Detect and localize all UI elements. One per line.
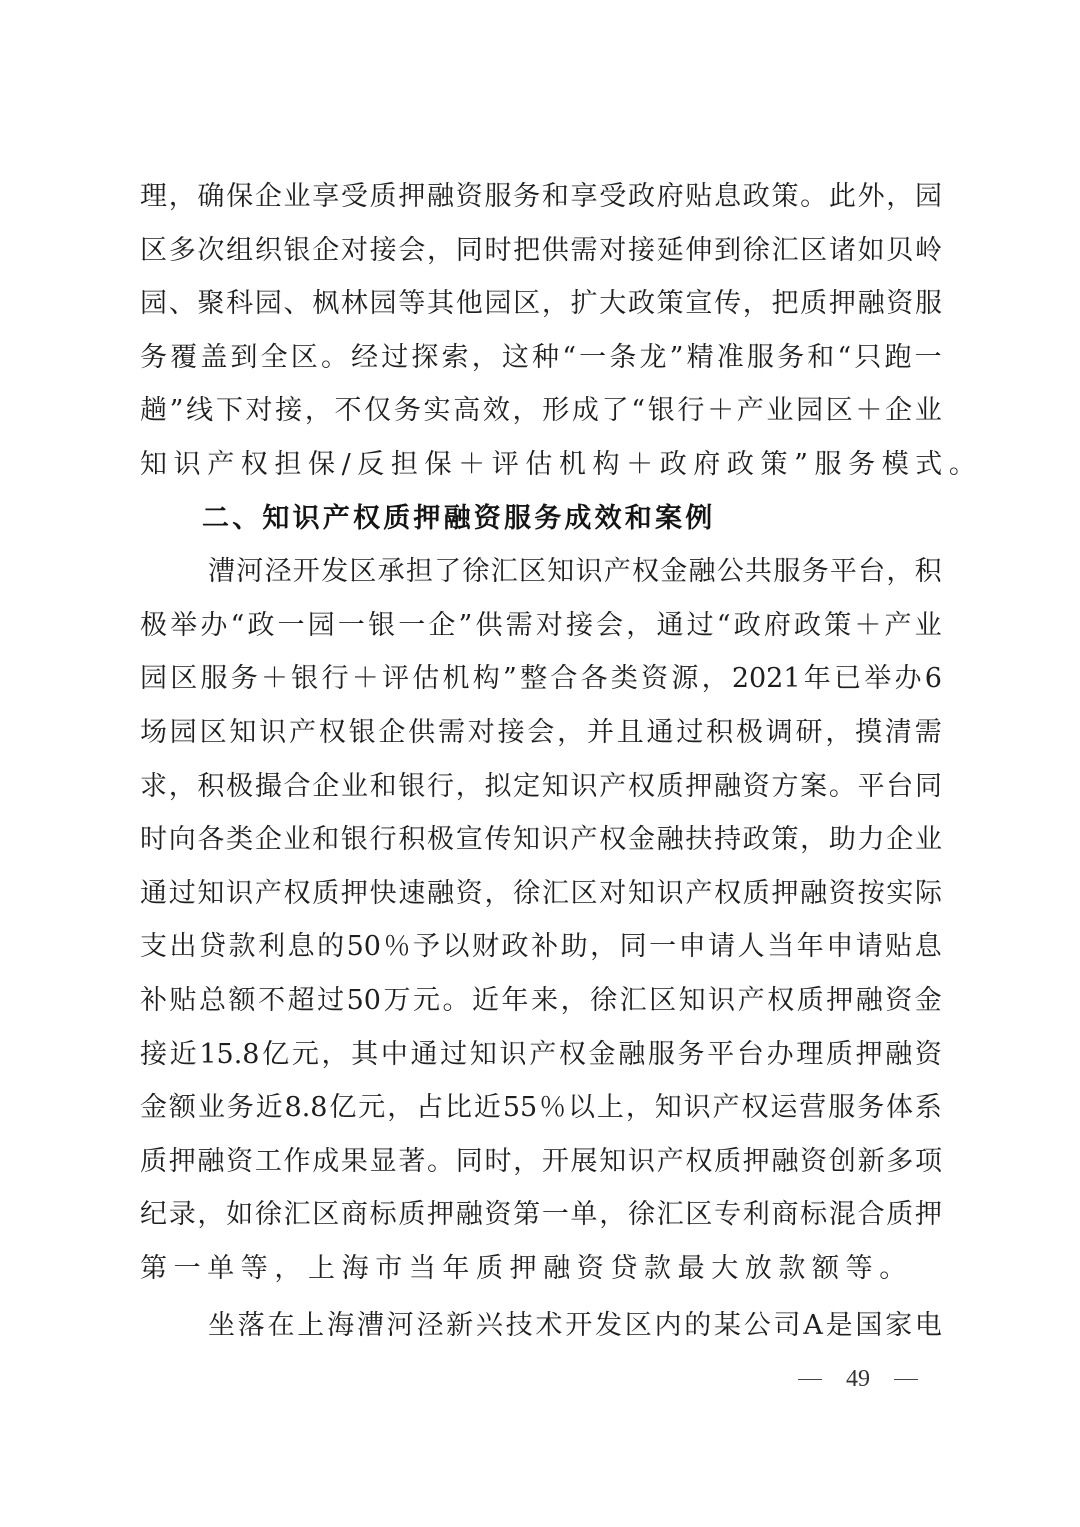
paragraph-start-line: 坐落在上海漕河泾新兴技术开发区内的某公司A是国家电 bbox=[140, 1303, 942, 1357]
page-number-value: 49 bbox=[846, 1366, 870, 1393]
text-line: 质押融资工作成果显著。同时，开展知识产权质押融资创新多项 bbox=[140, 1139, 942, 1193]
text-line: 通过知识产权质押快速融资，徐汇区对知识产权质押融资按实际 bbox=[140, 871, 942, 925]
text-line: 场园区知识产权银企供需对接会，并且通过积极调研，摸清需 bbox=[140, 710, 942, 764]
text-line: 纪录，如徐汇区商标质押融资第一单，徐汇区专利商标混合质押 bbox=[140, 1192, 942, 1246]
text-line: 理，确保企业享受质押融资服务和享受政府贴息政策。此外，园 bbox=[140, 174, 942, 228]
section-heading: 二、知识产权质押融资服务成效和案例 bbox=[140, 496, 942, 550]
text-line: 区多次组织银企对接会，同时把供需对接延伸到徐汇区诸如贝岭 bbox=[140, 228, 942, 282]
text-line: 补贴总额不超过50万元。近年来，徐汇区知识产权质押融资金 bbox=[140, 978, 942, 1032]
text-line: 第一单等，上海市当年质押融资贷款最大放款额等。 bbox=[140, 1246, 942, 1300]
text-line: 接近15.8亿元，其中通过知识产权金融服务平台办理质押融资 bbox=[140, 1032, 942, 1086]
text-line: 金额业务近8.8亿元，占比近55％以上，知识产权运营服务体系 bbox=[140, 1085, 942, 1139]
text-line: 园区服务＋银行＋评估机构”整合各类资源，2021年已举办6 bbox=[140, 656, 942, 710]
text-line: 支出贷款利息的50％予以财政补助，同一申请人当年申请贴息 bbox=[140, 924, 942, 978]
text-line: 务覆盖到全区。经过探索，这种“一条龙”精准服务和“只跑一 bbox=[140, 335, 942, 389]
document-page: 理，确保企业享受质押融资服务和享受政府贴息政策。此外，园 区多次组织银企对接会，… bbox=[0, 0, 1080, 1527]
text-line: 时向各类企业和银行积极宣传知识产权金融扶持政策，助力企业 bbox=[140, 817, 942, 871]
text-line: 园、聚科园、枫林园等其他园区，扩大政策宣传，把质押融资服 bbox=[140, 281, 942, 335]
dash-right bbox=[894, 1379, 918, 1381]
page-number: 49 bbox=[798, 1366, 918, 1393]
text-line: 趟”线下对接，不仅务实高效，形成了“银行＋产业园区＋企业 bbox=[140, 388, 942, 442]
text-line: 求，积极撮合企业和银行，拟定知识产权质押融资方案。平台同 bbox=[140, 764, 942, 818]
paragraph-start-line: 漕河泾开发区承担了徐汇区知识产权金融公共服务平台，积 bbox=[140, 549, 942, 603]
dash-left bbox=[798, 1379, 822, 1381]
text-line: 极举办“政一园一银一企”供需对接会，通过“政府政策＋产业 bbox=[140, 603, 942, 657]
text-line: 知识产权担保/反担保＋评估机构＋政府政策”服务模式。 bbox=[140, 442, 942, 496]
body-text: 理，确保企业享受质押融资服务和享受政府贴息政策。此外，园 区多次组织银企对接会，… bbox=[140, 174, 942, 1357]
